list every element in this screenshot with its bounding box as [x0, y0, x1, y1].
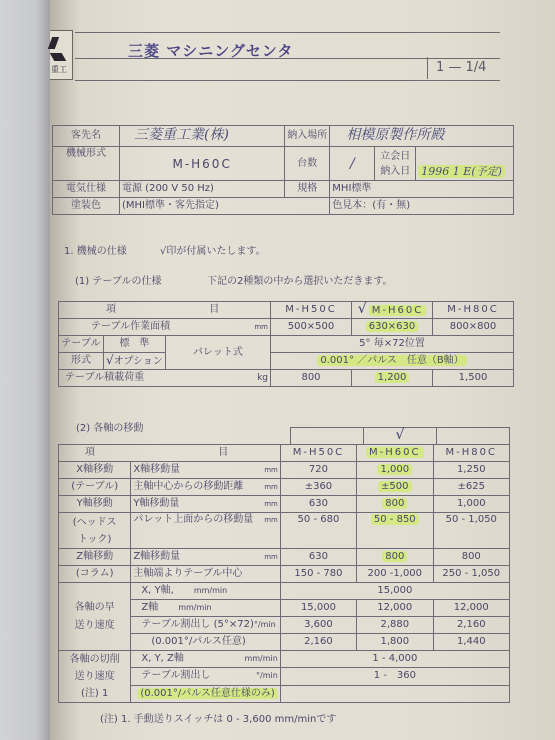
rapid-arbitrary-label: (0.001°/パルス任意) — [131, 634, 281, 651]
load-h50c: 800 — [271, 370, 352, 387]
rapid-xy-label: X, Y軸,mm/min — [131, 583, 281, 600]
delivery-place-label: 納入場所 — [285, 126, 330, 147]
axis-check-row: √ — [290, 427, 510, 445]
x-distance-h80c: ±625 — [433, 479, 509, 496]
cutting-arbitrary-value — [280, 685, 509, 702]
header-rule-top — [75, 32, 500, 33]
axis-model-h50c: M-H50C — [280, 445, 356, 462]
option-label: √オプション — [104, 353, 166, 370]
pallet-label: パレット式 — [165, 336, 270, 370]
quantity-label: 台数 — [285, 147, 330, 181]
power-value: 電源 (200 V 50 Hz) — [120, 181, 285, 198]
z-axis-group-sub: (コラム) — [59, 566, 131, 583]
y-pallet-h60c: 50 - 850 — [357, 513, 433, 549]
z-spindle-h60c: 200 -1,000 — [357, 566, 433, 583]
cutting-xyz-label: X, Y, Z軸mm/min — [131, 651, 281, 668]
rapid-z-label: Z軸mm/min — [131, 600, 281, 617]
cutting-arbitrary-label: (0.001°/パルス任意仕様のみ) — [131, 685, 281, 702]
standard-index-value: 5° 毎×72位置 — [271, 336, 514, 353]
cutting-xyz-value: 1 - 4,000 — [280, 651, 509, 668]
axis-item-header: 項 目 — [59, 445, 281, 462]
axis-model-h60c: M-H60C — [357, 445, 433, 462]
load-h60c: 1,200 — [352, 370, 433, 387]
y-travel-h60c: 800 — [357, 496, 433, 513]
rapid-xy-value: 15,000 — [280, 583, 509, 600]
cutting-index-label: テーブル割出し°/min — [131, 668, 281, 685]
option-index-value: 0.001° ／パルス 任意（B軸） — [271, 353, 514, 370]
page-number: 1 — 1/4 — [427, 57, 508, 79]
model-value: M-H60C — [120, 147, 285, 181]
order-info-table: 客先名 三菱重工業(株) 納入場所 相模原製作所殿 機械形式 M-H60C 台数… — [52, 125, 514, 215]
z-travel-h50c: 630 — [280, 549, 356, 566]
color-sample-value: 色見本：(有・無) — [330, 198, 514, 215]
load-h80c: 1,500 — [433, 370, 514, 387]
table-spec-table: 項 目 M-H50C √M-H60C M-H80C テーブル作業面積 mm 50… — [58, 301, 514, 387]
binder-spine — [0, 0, 52, 740]
y-pallet-h80c: 50 - 1,050 — [433, 513, 509, 549]
x-axis-group-label: X軸移動 — [59, 462, 131, 479]
axis-travel-table: 項 目 M-H50C M-H60C M-H80C X軸移動 X軸移動量mm 72… — [58, 444, 510, 703]
rapid-index-h50c: 3,600 — [280, 617, 356, 634]
quantity-value: / — [330, 147, 375, 181]
company-logo: 重工 — [50, 30, 73, 80]
work-area-h50c: 500×500 — [271, 319, 352, 336]
item-header: 項 目 — [59, 302, 271, 319]
selected-check-mark: √ — [363, 428, 436, 445]
model-label: 機械形式 — [53, 147, 120, 181]
rapid-index-label: テーブル割出し (5°×72)°/min — [131, 617, 281, 634]
y-pallet-label: パレット上面からの移動量mm — [131, 513, 281, 549]
x-travel-h80c: 1,250 — [433, 462, 509, 479]
rapid-index-h80c: 2,160 — [433, 617, 509, 634]
x-distance-label: 主軸中心からの移動距離mm — [131, 479, 281, 496]
model-header-h50c: M-H50C — [271, 302, 352, 319]
document-title: 三菱 マシニングセンタ — [128, 40, 293, 61]
standard-value: MHI標準 — [330, 181, 514, 198]
power-label: 電気仕様 — [53, 181, 120, 198]
cutting-feed-group-label: 各軸の切削 送り速度 (注) 1 — [59, 651, 131, 703]
z-travel-h80c: 800 — [433, 549, 509, 566]
header-rule-bottom — [75, 80, 500, 81]
z-travel-label: Z軸移動量mm — [131, 549, 281, 566]
z-travel-h60c: 800 — [357, 549, 433, 566]
rapid-index-h60c: 2,880 — [357, 617, 433, 634]
date-labels: 立会日 納入日 — [375, 147, 416, 181]
paint-value: (MHI標準・客先指定) — [120, 198, 330, 215]
rapid-z-h60c: 12,000 — [357, 600, 433, 617]
delivery-date-value: 1996 1 E(予定) — [416, 147, 514, 181]
work-area-label: テーブル作業面積 mm — [59, 319, 271, 336]
z-spindle-h80c: 250 - 1,050 — [433, 566, 509, 583]
delivery-place-value: 相模原製作所殿 — [330, 126, 514, 147]
paint-label: 塗装色 — [53, 198, 120, 215]
z-spindle-h50c: 150 - 780 — [280, 566, 356, 583]
cutting-index-value: 1 - 360 — [280, 668, 509, 685]
axis-model-h80c: M-H80C — [433, 445, 509, 462]
rapid-feed-group-label: 各軸の早 送り速度 — [59, 583, 131, 651]
customer-label: 客先名 — [53, 126, 120, 147]
standard-option-label: 標 準 — [104, 336, 166, 353]
y-axis-group-sub: (ヘッドス トック) — [59, 513, 131, 549]
work-area-h80c: 800×800 — [433, 319, 514, 336]
rapid-arbitrary-h50c: 2,160 — [280, 634, 356, 651]
rapid-arbitrary-h60c: 1,800 — [357, 634, 433, 651]
work-area-h60c: 630×630 — [352, 319, 433, 336]
x-travel-h50c: 720 — [280, 462, 356, 479]
footnote: (注) 1. 手動送りスイッチは 0 - 3,600 mm/minです — [100, 710, 336, 725]
model-header-h60c: √M-H60C — [352, 302, 433, 319]
y-pallet-h50c: 50 - 680 — [280, 513, 356, 549]
rapid-arbitrary-h80c: 1,440 — [433, 634, 509, 651]
rapid-z-h50c: 15,000 — [280, 600, 356, 617]
z-axis-group-label: Z軸移動 — [59, 549, 131, 566]
x-travel-h60c: 1,000 — [357, 462, 433, 479]
section1-note: √印が付属いたします。 — [160, 242, 266, 257]
rapid-z-h80c: 12,000 — [433, 600, 509, 617]
load-label: テーブル積載荷重 kg — [59, 370, 271, 387]
table-spec-heading: (1) テーブルの仕様 — [75, 272, 161, 287]
table-form-label-2: 形式 — [59, 353, 104, 370]
x-distance-h60c: ±500 — [357, 479, 433, 496]
model-header-h80c: M-H80C — [433, 302, 514, 319]
customer-value: 三菱重工業(株) — [120, 126, 285, 147]
y-axis-group-label: Y軸移動 — [59, 496, 131, 513]
table-form-label-1: テーブル — [59, 336, 104, 353]
standard-label: 規格 — [285, 181, 330, 198]
z-spindle-label: 主軸端よりテーブル中心 — [131, 566, 281, 583]
x-axis-group-sub: (テーブル) — [59, 479, 131, 496]
y-travel-label: Y軸移動量mm — [131, 496, 281, 513]
x-distance-h50c: ±360 — [280, 479, 356, 496]
table-spec-note: 下記の2種類の中から選択いただきます。 — [207, 272, 393, 287]
section1-heading: 1. 機械の仕様 — [64, 242, 127, 257]
y-travel-h50c: 630 — [280, 496, 356, 513]
y-travel-h80c: 1,000 — [433, 496, 509, 513]
x-travel-label: X軸移動量mm — [131, 462, 281, 479]
axis-travel-heading: (2) 各軸の移動 — [76, 419, 143, 434]
